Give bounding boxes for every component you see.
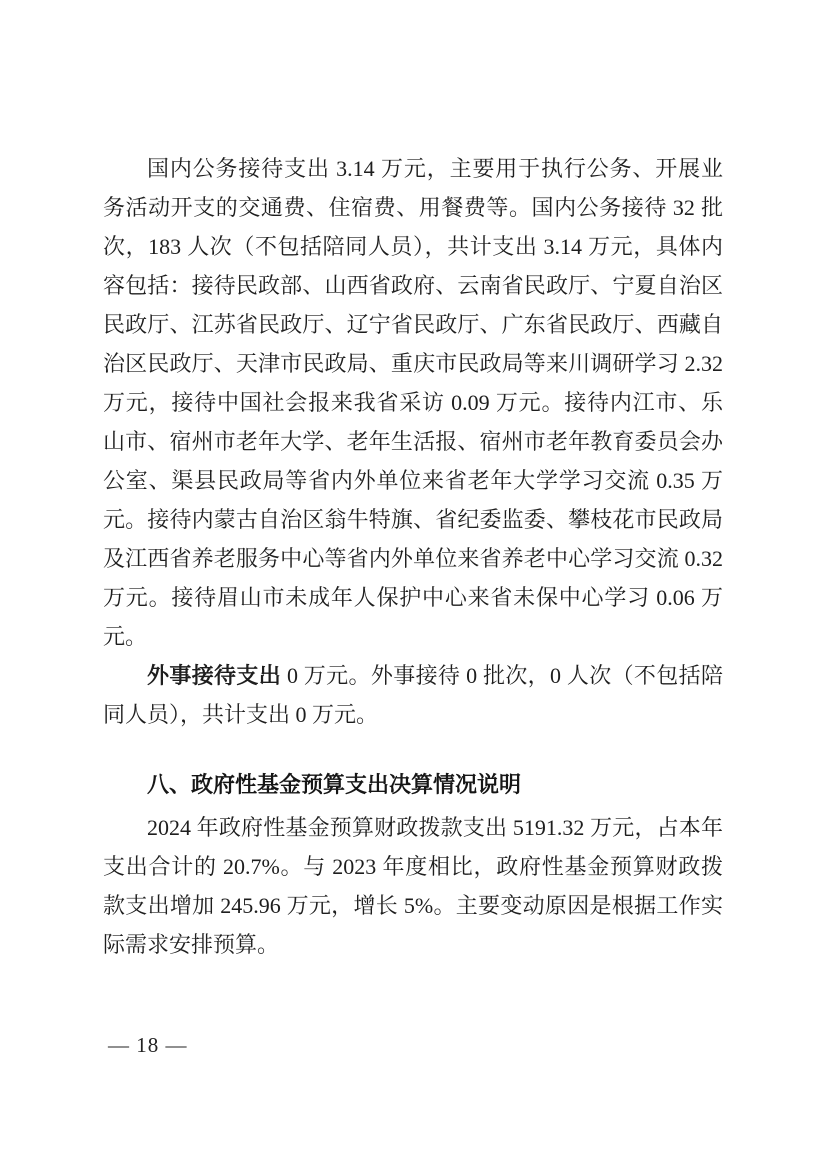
- paragraph-foreign-reception: 外事接待支出 0 万元。外事接待 0 批次，0 人次（不包括陪同人员），共计支出…: [103, 656, 723, 734]
- section-heading-gov-fund-budget: 八、政府性基金预算支出决算情况说明: [103, 765, 723, 804]
- document-body: 国内公务接待支出 3.14 万元，主要用于执行公务、开展业务活动开支的交通费、住…: [103, 149, 723, 964]
- page-number: — 18 —: [108, 1033, 188, 1057]
- document-page: 国内公务接待支出 3.14 万元，主要用于执行公务、开展业务活动开支的交通费、住…: [0, 0, 826, 1169]
- paragraph-gov-fund-expenditure: 2024 年政府性基金预算财政拨款支出 5191.32 万元，占本年支出合计的 …: [103, 808, 723, 964]
- page-footer: — 18 —: [108, 1033, 188, 1057]
- paragraph-foreign-reception-lead: 外事接待支出: [147, 663, 281, 688]
- paragraph-domestic-reception: 国内公务接待支出 3.14 万元，主要用于执行公务、开展业务活动开支的交通费、住…: [103, 149, 723, 656]
